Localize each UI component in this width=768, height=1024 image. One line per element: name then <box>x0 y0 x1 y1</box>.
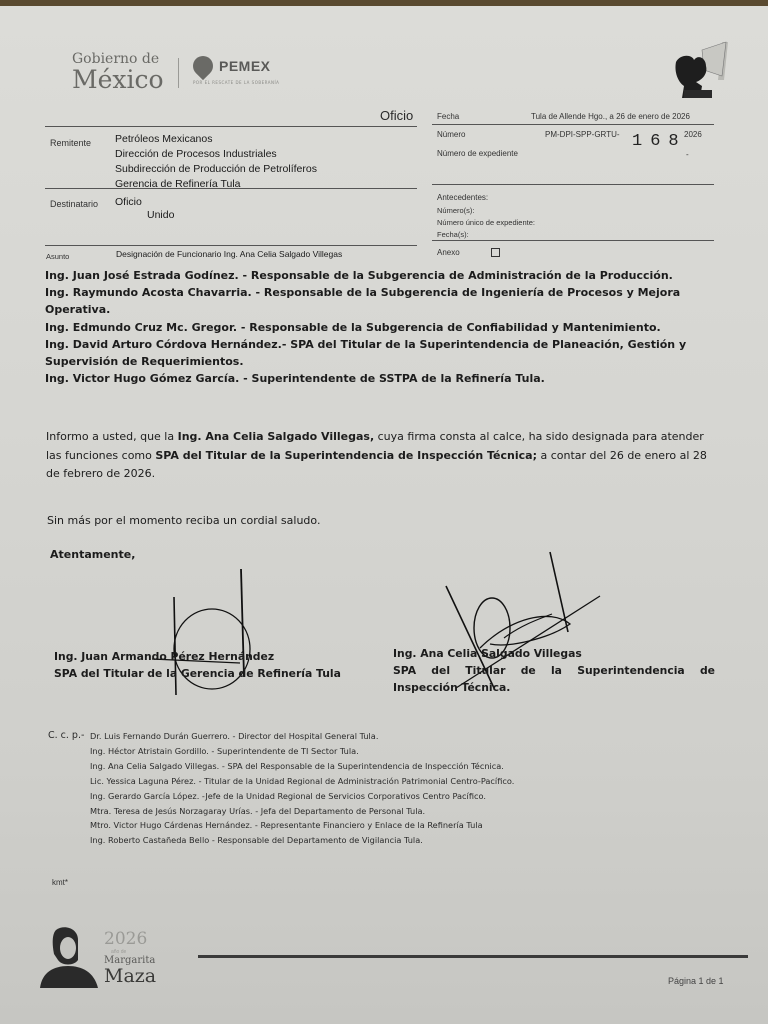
ccp-item: Ing. Roberto Castañeda Bello - Responsab… <box>90 833 514 848</box>
fecha-value: Tula de Allende Hgo., a 26 de enero de 2… <box>531 112 690 121</box>
destinatario-line1: Oficio <box>115 195 142 210</box>
remitente-line: Dirección de Procesos Industriales <box>115 147 317 162</box>
ccp-item: Ing. Gerardo García López. -Jefe de la U… <box>90 789 514 804</box>
recipients-list: Ing. Juan José Estrada Godínez. - Respon… <box>45 267 725 387</box>
signer-title: SPA del Titular de la Gerencia de Refine… <box>54 665 341 682</box>
footer-rule <box>198 955 748 958</box>
numero-label: Número <box>437 130 465 139</box>
fechas-label: Fecha(s): <box>437 230 469 239</box>
recipient-item: Ing. Victor Hugo Gómez García. - Superin… <box>45 370 725 387</box>
divider <box>432 124 714 125</box>
destinatario-label: Destinatario <box>50 199 98 209</box>
page-number: Página 1 de 1 <box>668 976 724 986</box>
ccp-block: C. c. p.- Dr. Luis Fernando Durán Guerre… <box>48 729 514 848</box>
remitente-line: Gerencia de Refinería Tula <box>115 177 317 192</box>
numeros-label: Número(s): <box>437 206 475 215</box>
divider <box>45 245 417 246</box>
signer-title-cont: Inspección Técnica. <box>393 679 715 696</box>
recipient-item: Ing. Raymundo Acosta Chavarria. - Respon… <box>45 284 725 318</box>
recipient-item: Ing. David Arturo Córdova Hernández.- SP… <box>45 336 725 370</box>
designee-name: Ing. Ana Celia Salgado Villegas, <box>178 430 375 443</box>
numero-prefix: PM-DPI-SPP-GRTU- <box>545 130 620 139</box>
margarita-maza-portrait-icon <box>38 926 100 988</box>
fecha-label: Fecha <box>437 112 459 121</box>
pemex-tagline: POR EL RESCATE DE LA SOBERANÍA <box>193 80 279 85</box>
closing-line: Sin más por el momento reciba un cordial… <box>47 512 320 529</box>
footer-name-line2: Maza <box>104 967 156 986</box>
logo-divider <box>178 58 179 88</box>
anexo-checkbox[interactable] <box>491 248 500 257</box>
ccp-item: Mtro. Victor Hugo Cárdenas Hernández. - … <box>90 818 514 833</box>
ccp-item: Mtra. Teresa de Jesús Norzagaray Urías. … <box>90 804 514 819</box>
asunto-label: Asunto <box>46 252 69 261</box>
ccp-item: Ing. Ana Celia Salgado Villegas. - SPA d… <box>90 759 514 774</box>
divider <box>45 126 417 127</box>
remitente-block: Petróleos Mexicanos Dirección de Proceso… <box>115 132 317 192</box>
expediente-value: - <box>686 150 689 159</box>
divider <box>432 240 714 241</box>
pemex-logo-text: PEMEX <box>219 58 271 74</box>
recipient-item: Ing. Juan José Estrada Godínez. - Respon… <box>45 267 725 284</box>
pemex-drop-icon <box>189 52 217 80</box>
typist-initials: kmt* <box>52 878 68 887</box>
footer-year: 2026 <box>104 931 147 948</box>
gov-logo-line2: México <box>72 67 164 92</box>
gov-logo-line1: Gobierno de <box>72 52 164 66</box>
destinatario-line2: Unido <box>147 208 174 223</box>
document-type-label: Oficio <box>380 108 413 123</box>
photo-top-edge <box>0 0 768 6</box>
ccp-item: Dr. Luis Fernando Durán Guerrero. - Dire… <box>90 729 514 744</box>
asunto-value: Designación de Funcionario Ing. Ana Celi… <box>116 247 342 262</box>
atentamente: Atentamente, <box>50 546 135 563</box>
remitente-line: Subdirección de Producción de Petrolífer… <box>115 162 317 177</box>
gobierno-de-mexico-logo: Gobierno de México <box>72 52 164 92</box>
signature-block-2: Ing. Ana Celia Salgado Villegas SPA del … <box>393 645 715 696</box>
divider <box>432 184 714 185</box>
signer-name: Ing. Ana Celia Salgado Villegas <box>393 645 715 662</box>
pemex-logo: PEMEX <box>193 56 271 76</box>
anexo-label: Anexo <box>437 248 460 257</box>
ccp-item: Ing. Héctor Atristain Gordillo. - Superi… <box>90 744 514 759</box>
numero-unico-label: Número único de expediente: <box>437 218 535 227</box>
ccp-list: Dr. Luis Fernando Durán Guerrero. - Dire… <box>90 729 514 848</box>
text-run: Informo a usted, que la <box>46 430 178 443</box>
expediente-label: Número de expediente <box>437 149 518 158</box>
numero-year: 2026 <box>684 130 702 139</box>
signer-title: SPA del Titular de la Superintendencia d… <box>393 662 715 679</box>
remitente-label: Remitente <box>50 138 91 148</box>
recipient-item: Ing. Edmundo Cruz Mc. Gregor. - Responsa… <box>45 319 725 336</box>
designated-position: SPA del Titular de la Superintendencia d… <box>155 449 537 462</box>
antecedentes-label: Antecedentes: <box>437 193 488 202</box>
signer-name: Ing. Juan Armando Pérez Hernández <box>54 648 341 665</box>
numero-handwritten: 168 <box>632 132 687 151</box>
historical-emblem-icon <box>672 40 732 102</box>
signature-block-1: Ing. Juan Armando Pérez Hernández SPA de… <box>54 648 341 682</box>
ccp-item: Lic. Yessica Laguna Pérez. - Titular de … <box>90 774 514 789</box>
remitente-line: Petróleos Mexicanos <box>115 132 317 147</box>
ccp-label: C. c. p.- <box>48 729 84 744</box>
body-paragraph: Informo a usted, que la Ing. Ana Celia S… <box>46 428 718 484</box>
